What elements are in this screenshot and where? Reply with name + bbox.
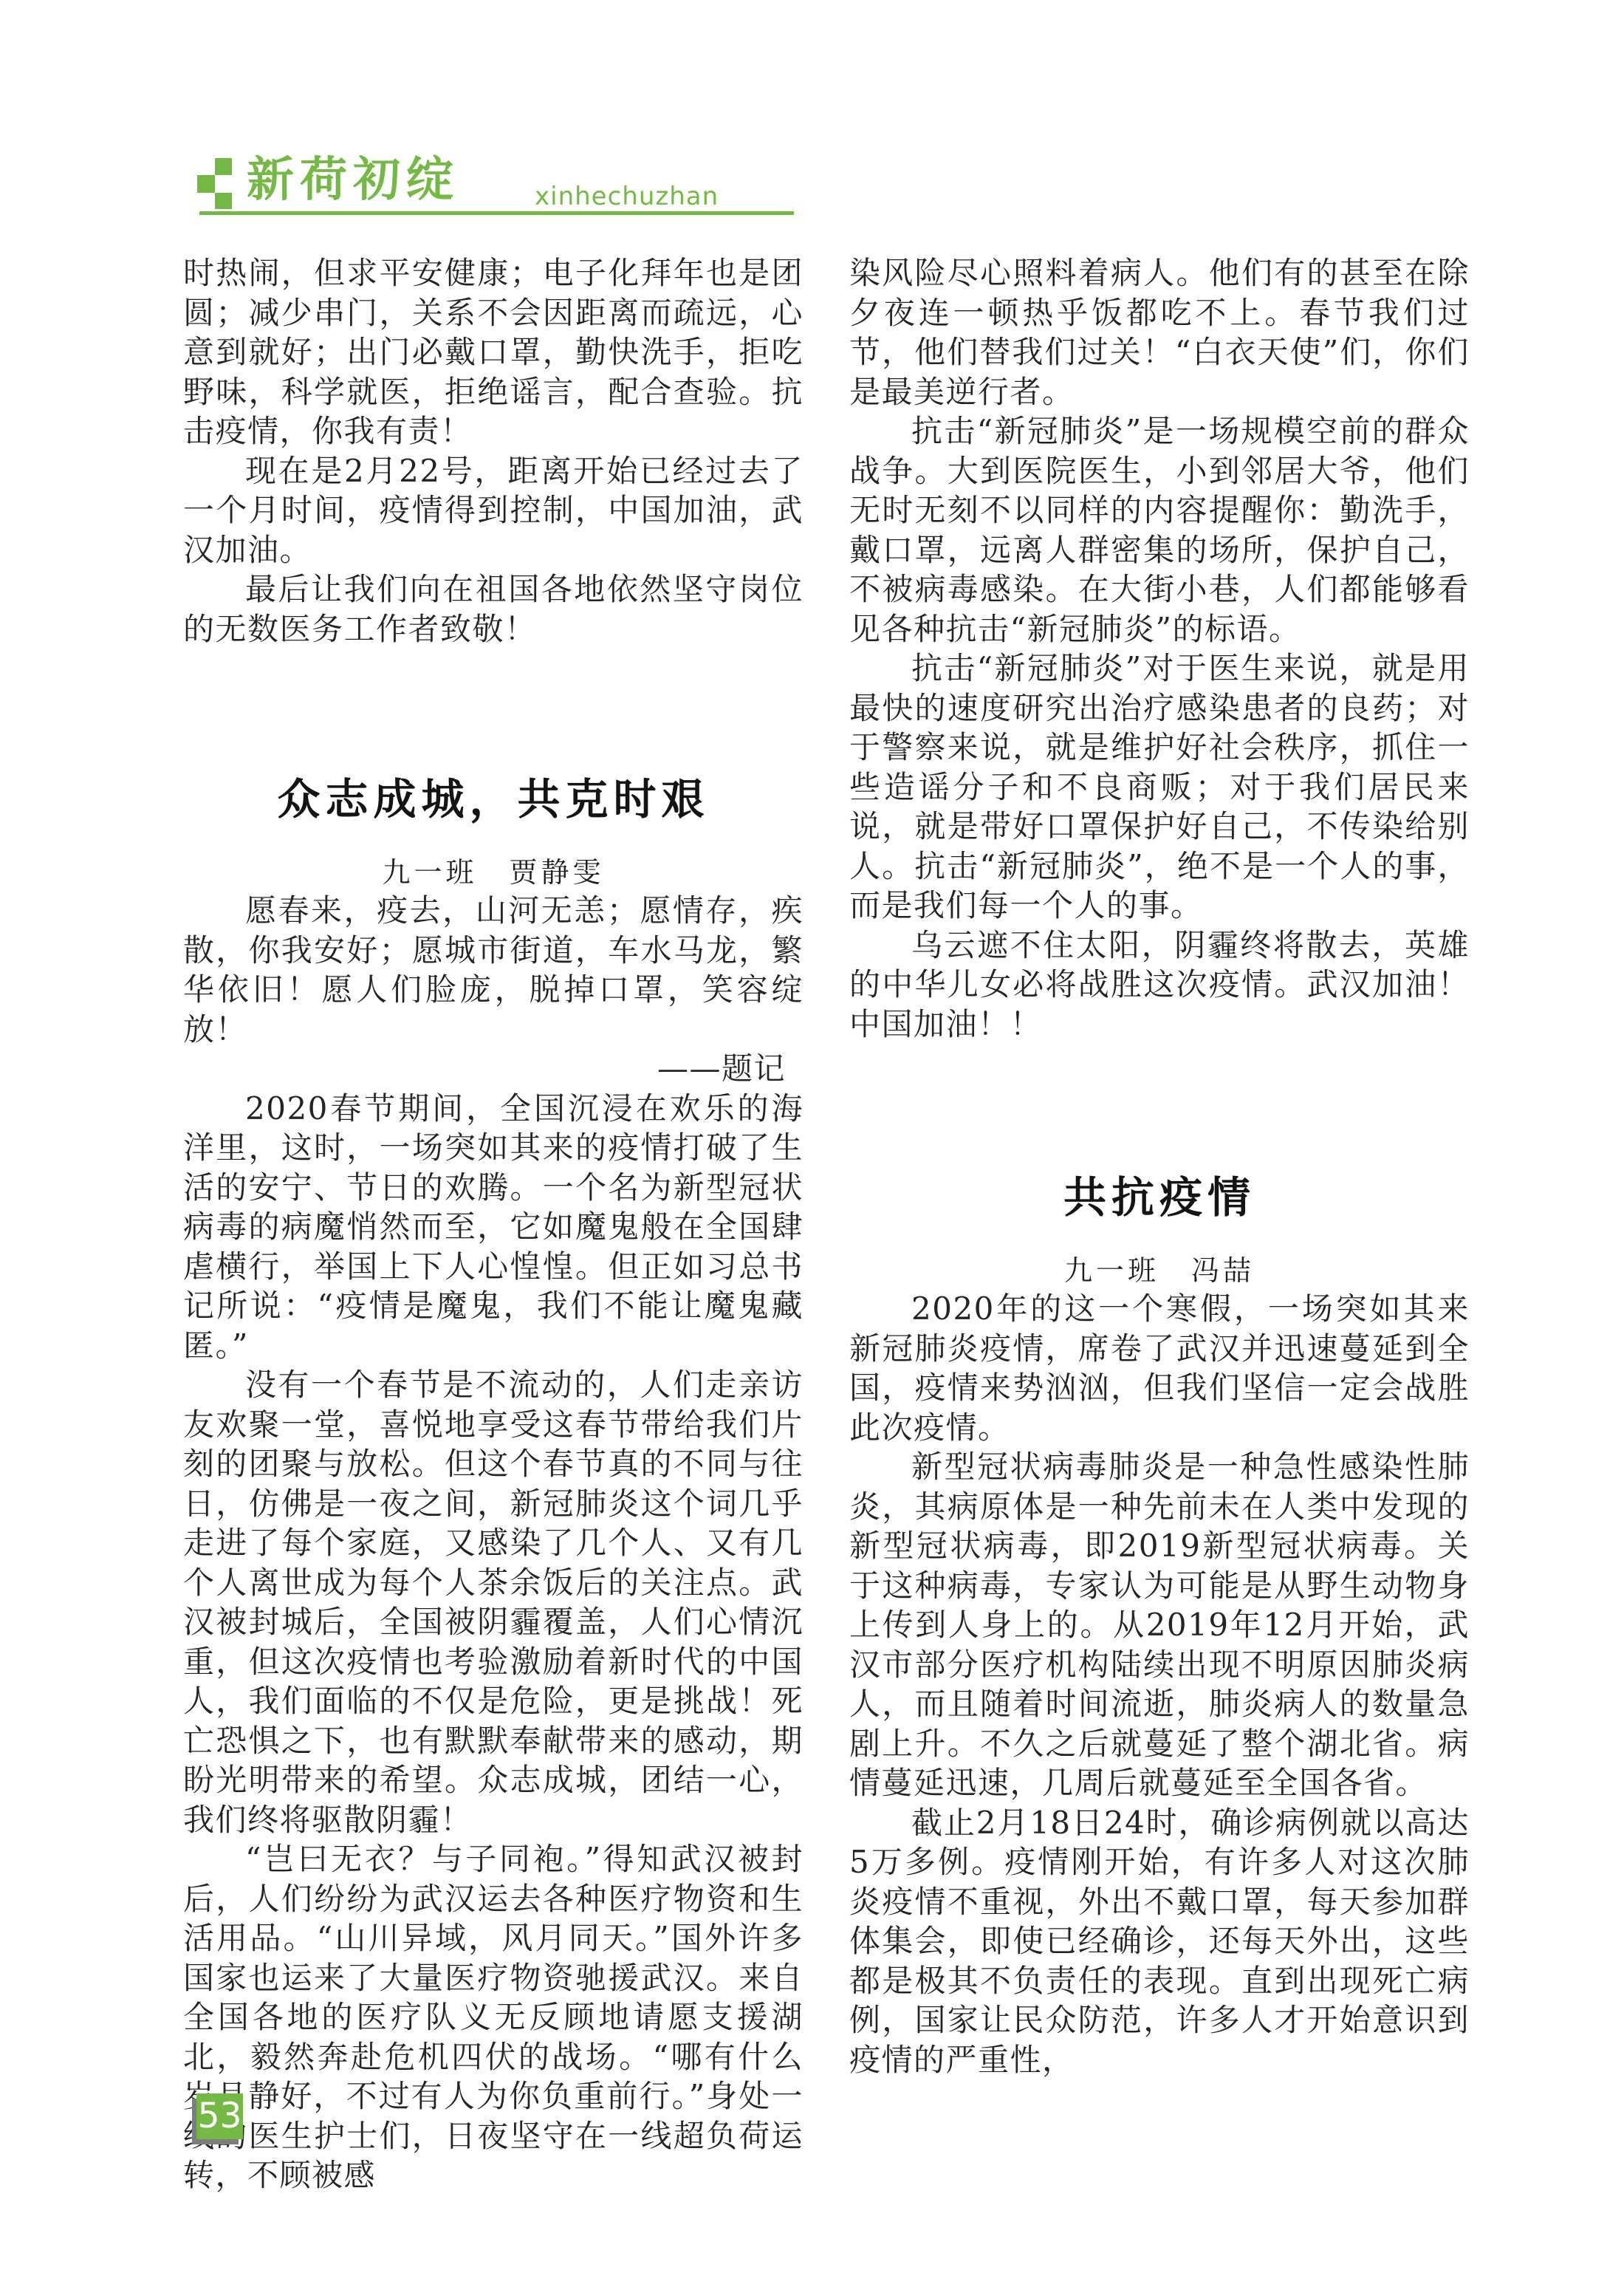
paragraph: 2020春节期间，全国沉浸在欢乐的海洋里，这时，一场突如其来的疫情打破了生活的安… — [183, 1089, 804, 1366]
magazine-page: 新荷初绽 xinhechuzhan 时热闹，但求平安健康；电子化拜年也是团圆；减… — [0, 0, 1624, 2270]
logo-square-top — [215, 158, 232, 175]
brand-underline — [199, 211, 794, 215]
paragraph: 截止2月18日24时，确诊病例就以高达5万多例。疫情刚开始，有许多人对这次肺炎疫… — [849, 1803, 1470, 2080]
brand-name: 新荷初绽 — [247, 152, 459, 208]
paragraph: 抗击“新冠肺炎”对于医生来说，就是用最快的速度研究出治疗感染患者的良药；对于警察… — [849, 649, 1470, 926]
paragraph: 抗击“新冠肺炎”是一场规模空前的群众战争。大到医院医生，小到邻居大爷，他们无时无… — [849, 411, 1470, 649]
page-number-badge: 53 — [196, 2093, 243, 2139]
epigraph-signature: ——题记 — [183, 1049, 804, 1089]
article-title: 众志成城，共克时艰 — [183, 773, 804, 826]
paragraph: 2020年的这一个寒假，一场突如其来新冠肺炎疫情，席卷了武汉并迅速蔓延到全国，疫… — [849, 1289, 1470, 1447]
article-title: 共抗疫情 — [849, 1171, 1470, 1224]
paragraph: 现在是2月22号，距离开始已经过去了一个月时间，疫情得到控制，中国加油，武汉加油… — [183, 451, 804, 570]
magazine-header: 新荷初绽 xinhechuzhan — [0, 0, 1624, 222]
article-byline: 九一班 冯喆 — [849, 1252, 1470, 1289]
paragraph: 乌云遮不住太阳，阴霾终将散去，英雄的中华儿女必将战胜这次疫情。武汉加油！中国加油… — [849, 926, 1470, 1045]
logo-square-bottom — [215, 193, 232, 209]
brand-pinyin: xinhechuzhan — [535, 182, 719, 211]
brand-squares-icon — [197, 158, 233, 210]
right-column: 染风险尽心照料着病人。他们有的甚至在除夕夜连一顿热乎饭都吃不上。春节我们过节，他… — [849, 253, 1470, 2079]
left-column: 时热闹，但求平安健康；电子化拜年也是团圆；减少串门，关系不会因距离而疏远，心意到… — [183, 253, 804, 2195]
paragraph: “岂曰无衣？与子同袍。”得知武汉被封后，人们纷纷为武汉运去各种医疗物资和生活用品… — [183, 1839, 804, 2195]
logo-square-middle — [197, 175, 215, 193]
paragraph-continuation: 时热闹，但求平安健康；电子化拜年也是团圆；减少串门，关系不会因距离而疏远，心意到… — [183, 253, 804, 451]
epigraph: 愿春来，疫去，山河无恙；愿情存，疾散，你我安好；愿城市街道，车水马龙，繁华依旧！… — [183, 891, 804, 1049]
article-byline: 九一班 贾静雯 — [183, 854, 804, 891]
paragraph: 新型冠状病毒肺炎是一种急性感染性肺炎，其病原体是一种先前未在人类中发现的新型冠状… — [849, 1447, 1470, 1803]
paragraph: 没有一个春节是不流动的，人们走亲访友欢聚一堂，喜悦地享受这春节带给我们片刻的团聚… — [183, 1365, 804, 1839]
paragraph: 最后让我们向在祖国各地依然坚守岗位的无数医务工作者致敬！ — [183, 570, 804, 649]
paragraph-continuation: 染风险尽心照料着病人。他们有的甚至在除夕夜连一顿热乎饭都吃不上。春节我们过节，他… — [849, 253, 1470, 411]
